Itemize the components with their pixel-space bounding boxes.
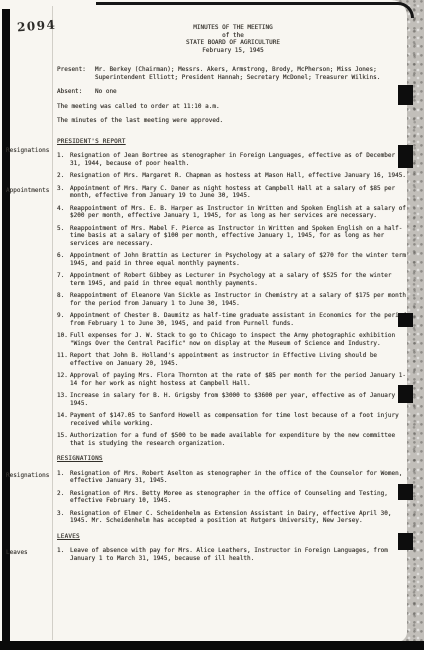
film-notch xyxy=(398,484,413,500)
film-notch xyxy=(398,533,413,550)
margin-rule-line xyxy=(52,6,53,640)
presidents-report-items: 1.Resignation of Jean Bortree as stenogr… xyxy=(57,152,409,447)
document-body: MINUTES OF THE MEETING of the STATE BOAR… xyxy=(57,24,409,567)
item-text: Payment of $147.05 to Sanford Howell as … xyxy=(70,412,409,427)
item-text: Appointment of Robert Gibbey as Lecturer… xyxy=(70,272,409,287)
minute-item: 13.Increase in salary for B. H. Grigsby … xyxy=(57,392,409,407)
item-text: Resignation of Mrs. Betty Moree as steno… xyxy=(70,490,409,505)
item-number: 2. xyxy=(57,172,70,180)
scan-edge-left-bar xyxy=(2,9,10,642)
title-line-4: February 15, 1945 xyxy=(57,47,409,55)
absent-label: Absent: xyxy=(57,88,95,96)
item-text: Resignation of Mrs. Margaret R. Chapman … xyxy=(70,172,409,180)
minute-item: 7.Appointment of Robert Gibbey as Lectur… xyxy=(57,272,409,287)
minute-item: 9.Appointment of Chester B. Daumitz as h… xyxy=(57,312,409,327)
minute-item: 3.Resignation of Elmer C. Scheidenhelm a… xyxy=(57,510,409,525)
minute-item: 11.Report that John B. Holland's appoint… xyxy=(57,352,409,367)
scan-edge-bottom-bar xyxy=(0,641,424,650)
item-number: 5. xyxy=(57,225,70,248)
item-number: 11. xyxy=(57,352,70,367)
minute-item: 14.Payment of $147.05 to Sanford Howell … xyxy=(57,412,409,427)
item-text: Approval of paying Mrs. Flora Thornton a… xyxy=(70,372,409,387)
film-notch xyxy=(398,385,413,403)
item-text: Appointment of Mrs. Mary C. Daner as nig… xyxy=(70,185,409,200)
called-to-order-line: The meeting was called to order at 11:10… xyxy=(57,103,409,111)
item-number: 9. xyxy=(57,312,70,327)
margin-label-appointments: Appointments xyxy=(6,187,52,195)
leaves-items: 1.Leave of absence with pay for Mrs. Ali… xyxy=(57,547,409,562)
minute-item: 3.Appointment of Mrs. Mary C. Daner as n… xyxy=(57,185,409,200)
item-number: 14. xyxy=(57,412,70,427)
item-number: 4. xyxy=(57,205,70,220)
minute-item: 6.Appointment of John Brattin as Lecture… xyxy=(57,252,409,267)
item-text: Resignation of Elmer C. Scheidenhelm as … xyxy=(70,510,409,525)
item-number: 12. xyxy=(57,372,70,387)
minute-item: 2.Resignation of Mrs. Betty Moree as ste… xyxy=(57,490,409,505)
resignations-items: 1.Resignation of Mrs. Robert Aselton as … xyxy=(57,470,409,525)
section-heading-presidents-report: PRESIDENT'S REPORT xyxy=(57,138,409,146)
minute-item: 15.Authorization for a fund of $500 to b… xyxy=(57,432,409,447)
page-number: 2094 xyxy=(17,18,57,35)
film-notch xyxy=(398,145,413,168)
title-line-3: STATE BOARD OF AGRICULTURE xyxy=(57,39,409,47)
item-text: Full expenses for J. W. Stack to go to C… xyxy=(70,332,409,347)
item-text: Authorization for a fund of $500 to be m… xyxy=(70,432,409,447)
minute-item: 12.Approval of paying Mrs. Flora Thornto… xyxy=(57,372,409,387)
item-number: 3. xyxy=(57,510,70,525)
item-number: 1. xyxy=(57,152,70,167)
absent-row: Absent: No one xyxy=(57,88,409,96)
absent-value: No one xyxy=(95,88,409,96)
minute-item: 1.Resignation of Jean Bortree as stenogr… xyxy=(57,152,409,167)
page-corner-curve xyxy=(392,2,414,18)
item-text: Appointment of John Brattin as Lecturer … xyxy=(70,252,409,267)
minute-item: 1.Leave of absence with pay for Mrs. Ali… xyxy=(57,547,409,562)
document-title: MINUTES OF THE MEETING of the STATE BOAR… xyxy=(57,24,409,54)
film-notch xyxy=(398,85,413,105)
item-text: Reappointment of Mrs. E. B. Harper as In… xyxy=(70,205,409,220)
minute-item: 5.Reappointment of Mrs. Mabel F. Pierce … xyxy=(57,225,409,248)
present-label: Present: xyxy=(57,66,95,81)
title-line-2: of the xyxy=(57,32,409,40)
minutes-approved-line: The minutes of the last meeting were app… xyxy=(57,117,409,125)
item-number: 1. xyxy=(57,470,70,485)
item-number: 1. xyxy=(57,547,70,562)
margin-label-resignations-2: Resignations xyxy=(6,472,52,480)
item-text: Resignation of Jean Bortree as stenograp… xyxy=(70,152,409,167)
minute-item: 4.Reappointment of Mrs. E. B. Harper as … xyxy=(57,205,409,220)
margin-label-resignations-1: Resignations xyxy=(6,147,52,155)
item-number: 13. xyxy=(57,392,70,407)
item-text: Resignation of Mrs. Robert Aselton as st… xyxy=(70,470,409,485)
item-number: 6. xyxy=(57,252,70,267)
section-heading-resignations: RESIGNATIONS xyxy=(57,455,409,463)
item-number: 10. xyxy=(57,332,70,347)
item-text: Appointment of Chester B. Daumitz as hal… xyxy=(70,312,409,327)
minute-item: 10.Full expenses for J. W. Stack to go t… xyxy=(57,332,409,347)
item-number: 3. xyxy=(57,185,70,200)
item-text: Reappointment of Mrs. Mabel F. Pierce as… xyxy=(70,225,409,248)
scanned-page: 2094 Resignations Appointments Resignati… xyxy=(0,0,424,650)
scan-edge-top-line xyxy=(96,2,396,5)
item-text: Leave of absence with pay for Mrs. Alice… xyxy=(70,547,409,562)
item-number: 8. xyxy=(57,292,70,307)
minute-item: 8.Reappointment of Eleanore Van Sickle a… xyxy=(57,292,409,307)
item-number: 15. xyxy=(57,432,70,447)
section-heading-leaves: LEAVES xyxy=(57,533,409,541)
minute-item: 2.Resignation of Mrs. Margaret R. Chapma… xyxy=(57,172,409,180)
film-notch xyxy=(398,313,413,327)
title-line-1: MINUTES OF THE MEETING xyxy=(57,24,409,32)
item-text: Reappointment of Eleanore Van Sickle as … xyxy=(70,292,409,307)
item-number: 7. xyxy=(57,272,70,287)
margin-label-leaves: Leaves xyxy=(6,549,52,557)
present-row: Present: Mr. Berkey (Chairman); Messrs. … xyxy=(57,66,409,81)
item-text: Report that John B. Holland's appointmen… xyxy=(70,352,409,367)
item-number: 2. xyxy=(57,490,70,505)
minute-item: 1.Resignation of Mrs. Robert Aselton as … xyxy=(57,470,409,485)
item-text: Increase in salary for B. H. Grigsby fro… xyxy=(70,392,409,407)
present-list: Mr. Berkey (Chairman); Messrs. Akers, Ar… xyxy=(95,66,409,81)
